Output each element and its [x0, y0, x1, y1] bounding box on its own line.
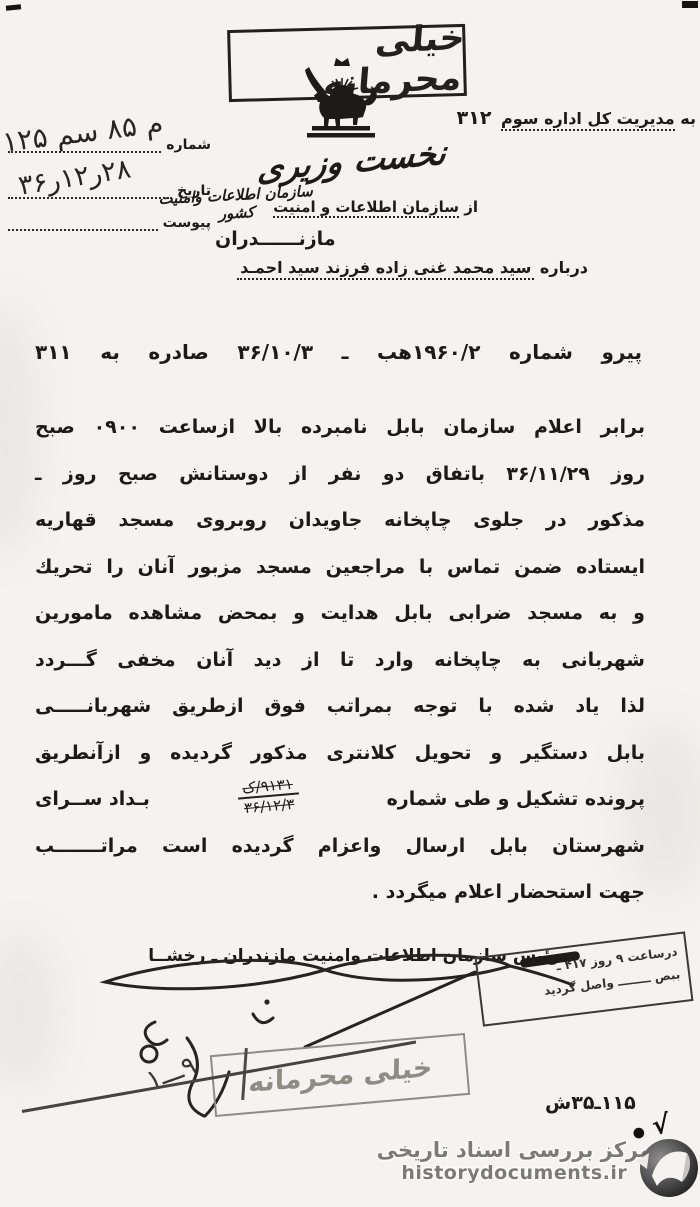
body-line: ایستاده ضمن تماس با مراجعین مسجد مزبور آ… — [35, 544, 645, 591]
signature-dot — [264, 999, 269, 1004]
body-line-case-number: پرونده تشکیل و طی شماره ۹۱۳۱/ک ۳۶/۱۲/۳ ب… — [35, 776, 645, 823]
history-documents-logo — [636, 1136, 700, 1200]
scan-shading — [0, 300, 40, 560]
case-line-left: بـداد ســرای — [35, 788, 150, 810]
handwritten-case-number: ۹۱۳۱/ک ۳۶/۱۲/۳ — [236, 775, 300, 818]
body-line: برابر اعلام سازمان بابل نامبرده بالا ازس… — [35, 404, 645, 451]
body-line: بابل دستگیر و تحویل کلانتری مذکور گردیده… — [35, 730, 645, 777]
scanned-document-page: خیلی محرمانه به مدیریت کل اداره سوم ۳۱۲ — [0, 0, 700, 1207]
body-line: شهرستان بابل ارسال واعزام گردیده است مرا… — [35, 823, 645, 870]
prime-ministry-calligraphy: نخست وزیری — [251, 132, 454, 189]
about-line: درباره سید محمد غنی زاده فرزند سید احمـد — [237, 258, 588, 277]
body-line: روز ۳۶/۱۱/۲۹ باتفاق دو نفر از دوستانش صب… — [35, 451, 645, 498]
savak-calligraphy: سازمان اطلاعات وامنیت کشور — [151, 182, 321, 227]
about-subject: سید محمد غنی زاده فرزند سید احمـد — [237, 258, 534, 280]
body-line: شهربانی به چاپخانه وارد تا از دید آنان م… — [35, 637, 645, 684]
to-prefix: به — [680, 109, 696, 128]
from-region: مازنــــــدران — [215, 228, 336, 250]
about-label: درباره — [540, 258, 588, 277]
scan-shading — [0, 930, 60, 1090]
watermark-url: historydocuments.ir — [377, 1162, 652, 1184]
body-line: و به مسجد ضرابی بابل هدایت و بمحض مشاهده… — [35, 590, 645, 637]
watermark-title: مرکز بررسی اسناد تاریخی — [377, 1138, 652, 1162]
to-office-number: ۳۱۲ — [457, 107, 492, 129]
letter-body: برابر اعلام سازمان بابل نامبرده بالا ازس… — [35, 404, 645, 916]
case-number-date: ۳۶/۱۲/۳ — [238, 795, 300, 818]
to-line: به مدیریت کل اداره سوم ۳۱۲ — [457, 107, 696, 129]
lion-and-sun-emblem — [294, 56, 388, 140]
body-line: جهت استحضار اعلام میگردد . — [35, 869, 645, 916]
to-recipient: مدیریت کل اداره سوم — [501, 109, 675, 131]
body-line: مذکور در جلوی چاپخانه جاویدان روبروی مسج… — [35, 497, 645, 544]
from-label: از — [464, 198, 478, 216]
scan-artifact — [682, 1, 698, 8]
scan-artifact — [6, 4, 21, 11]
body-line: لذا یاد شده با توجه بمراتب فوق ازطریق شه… — [35, 683, 645, 730]
archive-watermark: مرکز بررسی اسناد تاریخی historydocuments… — [377, 1138, 652, 1184]
case-line-right: پرونده تشکیل و طی شماره — [387, 788, 645, 810]
document-code: ۱۱۵ـ۳۵ش — [545, 1092, 636, 1114]
number-label: شماره — [166, 137, 211, 153]
reference-line: پیرو شماره ۱۹۶۰/۲هب ـ ۳۶/۱۰/۳ صادره به ۳… — [35, 340, 642, 364]
dotted-leader — [8, 216, 158, 231]
confidential-stamp-bottom-text: خیلی محرمانه — [248, 1051, 432, 1098]
